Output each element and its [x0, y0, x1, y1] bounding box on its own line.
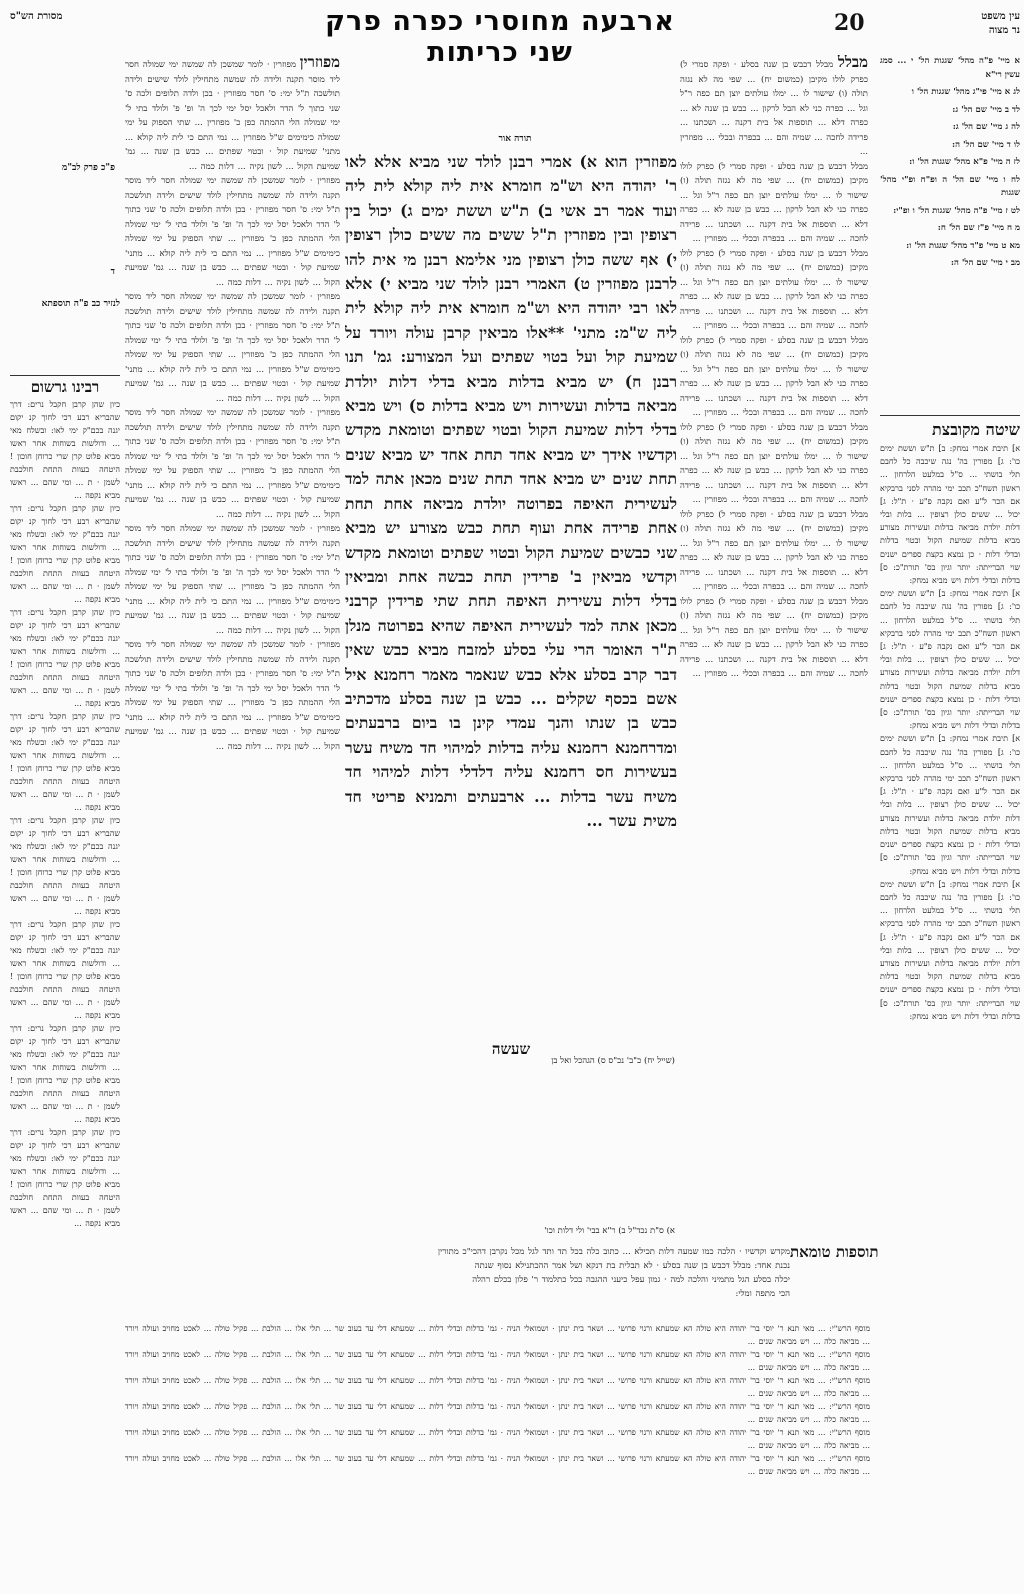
bottom-commentary-text-cont2: מוסף הרש"י: ... מאי תנא ר' יוסי בר' יהוד…: [125, 1374, 870, 1400]
shita-mekubetzet-text-cont2: א] תיבת אמרי נמחק: ב] ת"ש וששת ימים כו':…: [880, 732, 1020, 877]
rashi-text-cont5: מפוזרין · לומר שמשכן לה שמשה ימי שמולה ח…: [125, 638, 340, 754]
bottom-line: מקדש וקדשיו · הלכה כמו שמעה דלות תכילא .…: [125, 1245, 790, 1259]
ein-mishpat-item: לח ו מיי' שם הל' ה ופ"ח ופ"י מהל' שגגות: [880, 174, 1020, 201]
rabbeinu-gershom-text-cont4: כיון שהן קרבן חקבל נרים: דרך שהבריא רבע …: [10, 814, 120, 918]
rashi-text-cont3: מפוזרין · לומר שמשכן לה שמשה ימי שמולה ח…: [125, 406, 340, 522]
shita-mekubetzet-column: א] תיבת אמרי נמחק: ב] ת"ש וששת ימים כו':…: [880, 442, 1020, 1322]
rabbeinu-gershom-text-cont6: כיון שהן קרבן חקבל נרים: דרך שהבריא רבע …: [10, 1022, 120, 1126]
bottom-commentary-text: מוסף הרש"י: ... מאי תנא ר' יוסי בר' יהוד…: [125, 1322, 870, 1348]
bottom-tosafot-heading: תוספות טומאת: [790, 1243, 878, 1262]
talmud-page: מסורת הש"ס ארבעה מחוסרי כפרה פרק שני כרי…: [0, 0, 1024, 1594]
bottom-commentary-text-cont: מוסף הרש"י: ... מאי תנא ר' יוסי בר' יהוד…: [125, 1348, 870, 1374]
ein-mishpat-item: לד ב מיי' שם הל' ג:: [880, 104, 1020, 118]
bottom-commentary-text-cont5: מוסף הרש"י: ... מאי תנא ר' יוסי בר' יהוד…: [125, 1452, 870, 1478]
rabbeinu-gershom-text-cont: כיון שהן קרבן חקבל נרים: דרך שהבריא רבע …: [10, 502, 120, 606]
tosafot-text-cont: מבלל דכבש בן שנה בסלע · ופקה סמרי ל) כפר…: [680, 160, 868, 247]
bottom-tosafot-title: תוספות: [836, 1243, 879, 1261]
torah-or-label: תורה אור: [470, 133, 560, 144]
gemara-footnotes: א) ס"ת נכד"ל ב) ר"א בבי' ולי דלות וכו': [345, 1225, 675, 1236]
bottom-line: נכנת אחד: מבלל דכבש בן שנה בסלע · לא תבל…: [125, 1259, 790, 1273]
bottom-tosafot-lead: טומאת: [790, 1243, 831, 1261]
rashi-text-cont4: מפוזרין · לומר שמשכן לה שמשה ימי שמולה ח…: [125, 522, 340, 638]
ein-mishpat-item: לט ז מיי' פ"ה מהל' שגגות הל' ו ופ"י:: [880, 205, 1020, 219]
margin-note-reference: פ"כ פרק לב"מ: [15, 162, 115, 173]
ein-mishpat-item: מא ט מיי' פ"ד מהל' שגגות הל' ו:: [880, 240, 1020, 254]
rashi-text-cont2: מפוזרין · לומר שמשכן לה שמשה ימי שמולה ח…: [125, 290, 340, 406]
rabbeinu-gershom-text-cont5: כיון שהן קרבן חקבל נרים: דרך שהבריא רבע …: [10, 918, 120, 1022]
gemara-footnotes-top: (שייל יח) כ"ב' נכ"ס ס) הגהכל ואל בן: [345, 1055, 675, 1066]
ein-mishpat-item: מב י מיי' שם הל' ה:: [880, 257, 1020, 271]
shita-mekubetzet-text-cont: א] תיבת אמרי נמחק: ב] ת"ש וששת ימים כו':…: [880, 587, 1020, 732]
bottom-tosafot-text: מקדש וקדשיו · הלכה כמו שמעה דלות תכילא .…: [125, 1245, 790, 1305]
gemara-text: מפוזרין הוא א) אמרי רבנן לולד שני מביא א…: [345, 150, 677, 833]
rabbeinu-gershom-text-cont3: כיון שהן קרבן חקבל נרים: דרך שהבריא רבע …: [10, 710, 120, 814]
masechet-label: מסורת הש"ס: [10, 11, 120, 22]
rashi-heading: מפוזרין: [300, 55, 340, 71]
tosafot-text-cont3: מבלל דכבש בן שנה בסלע · ופקה סמרי ל) כפר…: [680, 334, 868, 421]
rashi-commentary: מפוזרין מפוזרין · לומר שמשכן לה שמשה ימי…: [125, 55, 340, 1235]
tosafot-text: מבלל דכבש בן שנה בסלע · ופקה סמרי ל) כפר…: [680, 60, 868, 157]
ein-mishpat-column: א מיי' פ"ה מהל' שגגות הל' י ... סמג עשין…: [880, 55, 1020, 415]
rabbeinu-gershom-text-cont2: כיון שהן קרבן חקבל נרים: דרך שהבריא רבע …: [10, 606, 120, 710]
ein-mishpat-item: לה ג מיי' שם הל' ג:: [880, 121, 1020, 135]
footnote: א) ס"ת נכד"ל ב) ר"א בבי' ולי דלות וכו': [544, 1226, 675, 1236]
gemara-text-block: מפוזרין הוא א) אמרי רבנן לולד שני מביא א…: [345, 150, 677, 1040]
margin-note-nazir: לנזיר כב פ"ה תוספתא: [15, 298, 120, 309]
tosafot-heading: מבלל: [838, 55, 868, 71]
ein-mishpat-item: לו ד מיי' שם הל' ה:: [880, 139, 1020, 153]
ein-mishpat-item: לז ה מיי' פ"א מהל' שגגות הל' ו:: [880, 156, 1020, 170]
tosafot-text-cont5: מבלל דכבש בן שנה בסלע · ופקה סמרי ל) כפר…: [680, 508, 868, 595]
footnote: (שייל יח) כ"ב' נכ"ס ס) הגהכל ואל בן: [551, 1056, 675, 1066]
bottom-commentary-text-cont3: מוסף הרש"י: ... מאי תנא ר' יוסי בר' יהוד…: [125, 1400, 870, 1426]
shita-mekubetzet-text-cont3: א] תיבת אמרי נמחק: ב] ת"ש וששת ימים כו':…: [880, 878, 1020, 1023]
ein-mishpat-item: א מיי' פ"ה מהל' שגגות הל' י ... סמג עשין…: [880, 55, 1020, 82]
page-title: ארבעה מחוסרי כפרה פרק שני כריתות: [300, 6, 700, 68]
bottom-commentary-text-cont4: מוסף הרש"י: ... מאי תנא ר' יוסי בר' יהוד…: [125, 1426, 870, 1452]
bottom-line: יכלה בסלע הגל מתמיני והלכה למה · גמון עפ…: [125, 1273, 790, 1287]
bottom-line: הכי מתפה ומלי:: [125, 1287, 790, 1301]
shita-mekubetzet-text: א] תיבת אמרי נמחק: ב] ת"ש וששת ימים כו':…: [880, 442, 1020, 587]
ein-mishpat-item: מ ח מיי' פ"ז שם הל' ח:: [880, 222, 1020, 236]
rabbeinu-gershom-heading: רבינו גרשום: [10, 375, 120, 397]
divider: [880, 415, 1020, 416]
tosafot-commentary: מבלל מבלל דכבש בן שנה בסלע · ופקה סמרי ל…: [680, 55, 868, 1235]
ein-mishpat-item: לג א מיי' פי"ג מהל' שגגות הל' ו: [880, 86, 1020, 100]
page-number: 20: [834, 10, 865, 36]
tosafot-text-cont6: מבלל דכבש בן שנה בסלע · ופקה סמרי ל) כפר…: [680, 595, 868, 682]
rashi-text-cont: מפוזרין · לומר שמשכן לה שמשה ימי שמולה ח…: [125, 174, 340, 290]
rabbeinu-gershom-commentary: כיון שהן קרבן חקבל נרים: דרך שהבריא רבע …: [10, 398, 120, 1568]
tosafot-text-cont4: מבלל דכבש בן שנה בסלע · ופקה סמרי ל) כפר…: [680, 421, 868, 508]
bottom-commentary: מוסף הרש"י: ... מאי תנא ר' יוסי בר' יהוד…: [125, 1322, 870, 1592]
margin-note-mark: ד: [95, 266, 115, 277]
rabbeinu-gershom-text-cont7: כיון שהן קרבן חקבל נרים: דרך שהבריא רבע …: [10, 1126, 120, 1230]
rabbeinu-gershom-text: כיון שהן קרבן חקבל נרים: דרך שהבריא רבע …: [10, 398, 120, 502]
tosafot-text-cont2: מבלל דכבש בן שנה בסלע · ופקה סמרי ל) כפר…: [680, 247, 868, 334]
rashi-text: מפוזרין · לומר שמשכן לה שמשה ימי שמולה ח…: [125, 60, 340, 172]
ein-mishpat-label: עין משפט נר מצוה: [930, 10, 1020, 38]
shita-mekubetzet-heading: שיטה מקובצת: [880, 420, 1020, 440]
